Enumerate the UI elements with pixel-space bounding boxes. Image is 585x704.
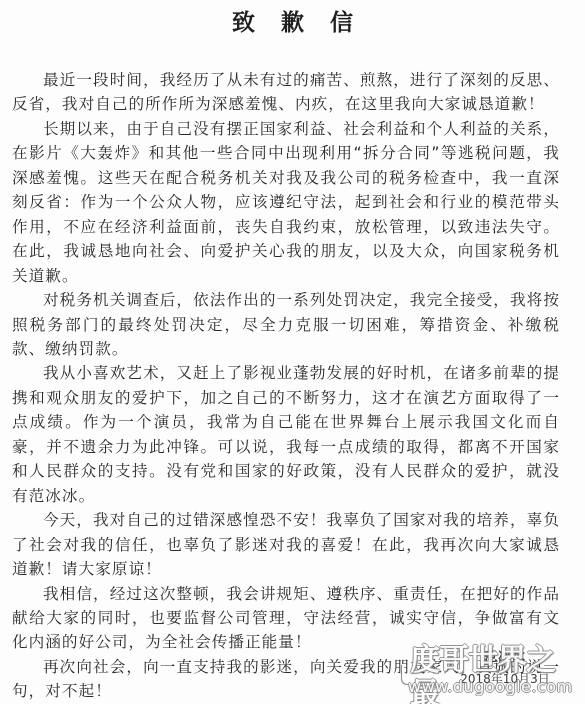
paragraph-4: 我从小喜欢艺术，又赶上了影视业蓬勃发展的好时机，在诸多前辈的提携和观众朋友的爱护… bbox=[12, 361, 560, 508]
paragraph-3: 对税务机关调查后，依法作出的一系列处罚决定，我完全接受，我将按照税务部门的最终处… bbox=[12, 288, 560, 361]
paragraph-5: 今天，我对自己的过错深感惶恐不安！我辜负了国家对我的培养，辜负了社会对我的信任，… bbox=[12, 508, 560, 581]
paragraph-1: 最近一段时间，我经历了从未有过的痛苦、煎熬，进行了深刻的反思、反省，我对自己的所… bbox=[12, 68, 560, 117]
signature-block: 范冰冰 2018年10月3日 bbox=[440, 648, 570, 688]
signature: 范冰冰 bbox=[440, 648, 570, 668]
paragraph-2: 长期以来，由于自己没有摆正国家利益、社会利益和个人利益的关系，在影片《大轰炸》和… bbox=[12, 117, 560, 288]
letter-body: 最近一段时间，我经历了从未有过的痛苦、煎熬，进行了深刻的反思、反省，我对自己的所… bbox=[12, 68, 560, 704]
paragraph-6: 我相信，经过这次整顿，我会讲规矩、遵秩序、重责任，在把好的作品献给大家的同时，也… bbox=[12, 582, 560, 655]
signature-date: 2018年10月3日 bbox=[440, 670, 570, 688]
apology-letter-page: 致歉信 最近一段时间，我经历了从未有过的痛苦、煎熬，进行了深刻的反思、反省，我对… bbox=[0, 0, 585, 704]
letter-title: 致歉信 bbox=[0, 8, 585, 38]
